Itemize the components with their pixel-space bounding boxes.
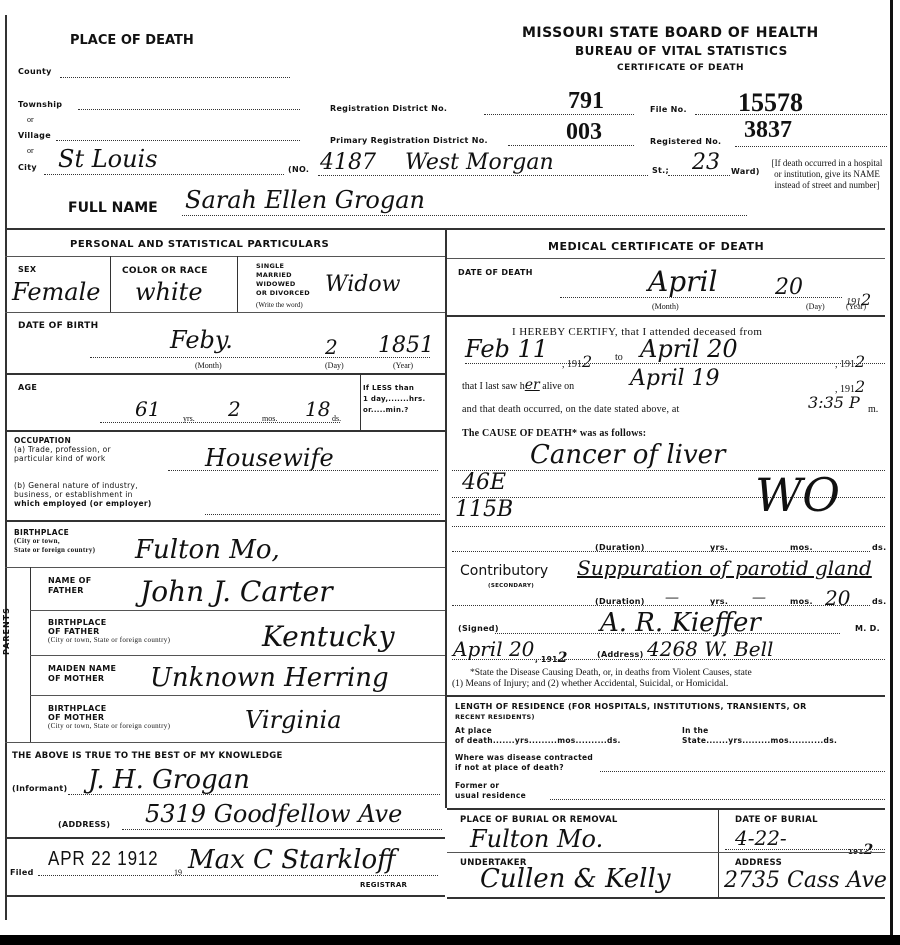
race-label: COLOR OR RACE	[122, 266, 208, 276]
street-no-label: (NO.	[288, 165, 309, 174]
year-caption: (Year)	[846, 302, 866, 311]
less-than-line3: or.....min.?	[363, 405, 425, 416]
residence-title: LENGTH OF RESIDENCE (FOR HOSPITALS, INST…	[455, 701, 807, 723]
place-of-death-title: PLACE OF DEATH	[70, 33, 194, 48]
divider	[5, 430, 445, 432]
burial-year-suffix: 2	[864, 842, 874, 858]
informant-value: J. H. Grogan	[88, 765, 250, 795]
dod-label: DATE OF DEATH	[458, 268, 533, 277]
divider	[5, 895, 445, 897]
divider	[5, 567, 445, 568]
filed-stamp: APR 22 1912	[48, 848, 158, 871]
in-state-label1: In the	[682, 726, 837, 736]
mother-name-label1: MAIDEN NAME	[48, 664, 116, 674]
contrib-years: —	[665, 590, 679, 606]
race-value: white	[135, 278, 203, 306]
less-than-note: If LESS than 1 day,.......hrs. or.....mi…	[363, 383, 425, 416]
at-place-label1: At place	[455, 726, 621, 736]
father-bp-sub: (City or town, State or foreign country)	[48, 636, 170, 645]
birthplace-sub1: (City or town,	[14, 537, 95, 546]
occ-a-line1: (a) Trade, profession, or	[14, 445, 111, 454]
divider	[447, 258, 885, 259]
divider	[5, 742, 445, 743]
father-name-value: John J. Carter	[140, 575, 333, 608]
burial-place-label: PLACE OF BURIAL OR REMOVAL	[460, 815, 618, 825]
footnote-line1: *State the Disease Causing Death, or, in…	[452, 668, 890, 679]
medical-section-title: MEDICAL CERTIFICATE OF DEATH	[548, 240, 764, 253]
age-line	[100, 422, 340, 423]
divider	[5, 373, 445, 375]
primary-reg-label: Primary Registration District No.	[330, 136, 488, 145]
divider	[30, 610, 445, 611]
ds-label: ds.	[872, 597, 886, 606]
from-year: , 1912	[562, 352, 592, 371]
physician-address: 4268 W. Bell	[647, 637, 773, 661]
informant-line	[68, 794, 440, 795]
mother-bp-label1: BIRTHPLACE	[48, 704, 170, 713]
registered-no-label: Registered No.	[650, 137, 721, 146]
secondary-label: (SECONDARY)	[488, 583, 534, 589]
divider	[360, 375, 361, 430]
dob-year: 1851	[378, 333, 434, 358]
father-name-label2: FATHER	[48, 586, 91, 596]
divider	[5, 520, 445, 522]
age-days: 18	[305, 397, 330, 421]
to-year-suffix: 2	[855, 352, 865, 371]
street-number: 4187	[320, 150, 376, 175]
footnote-line2: (1) Means of Injury; and (2) whether Acc…	[452, 679, 890, 690]
sig-address-line	[452, 659, 885, 660]
last-saw-text: that I last saw her alive on	[462, 377, 574, 393]
primary-reg-value: 003	[566, 119, 602, 146]
birthplace-value: Fulton Mo,	[135, 535, 280, 565]
dod-month: April	[648, 265, 717, 298]
occupation-a-label: OCCUPATION (a) Trade, profession, or par…	[14, 436, 111, 463]
divider	[237, 256, 238, 312]
address-label: (ADDRESS)	[58, 820, 110, 829]
father-name-label: NAME OF FATHER	[48, 576, 91, 596]
birthplace-label: BIRTHPLACE (City or town, State or forei…	[14, 528, 95, 555]
filed-label: Filed	[10, 868, 34, 877]
former-label1: Former or	[455, 781, 526, 791]
divider	[5, 837, 445, 839]
township-label: Township	[18, 100, 62, 109]
former-residence-line	[550, 799, 885, 800]
from-year-prefix: , 191	[562, 359, 582, 370]
full-name-line	[182, 215, 747, 216]
city-value: St Louis	[58, 145, 158, 173]
sex-value: Female	[12, 278, 101, 306]
registered-no-value: 3837	[744, 117, 792, 144]
mother-name-value: Unknown Herring	[150, 663, 389, 693]
occ-b-line1: (b) General nature of industry,	[14, 481, 152, 490]
dob-line	[90, 357, 430, 358]
or-text: or	[27, 146, 34, 155]
mother-bp-sub: (City or town, State or foreign country)	[48, 722, 170, 731]
reg-district-label: Registration District No.	[330, 104, 447, 113]
signed-label: (Signed)	[458, 624, 499, 633]
or-text: or	[27, 115, 34, 124]
occupation-value: Housewife	[205, 444, 334, 472]
divider	[447, 897, 885, 899]
father-bp-label1: BIRTHPLACE	[48, 618, 170, 627]
contrib-months: —	[752, 590, 766, 606]
divider	[5, 312, 445, 313]
marital-single: SINGLE	[256, 262, 310, 271]
divider	[447, 315, 885, 317]
in-state-field: In the State.......yrs.........mos......…	[682, 726, 837, 746]
undertaker-address-value: 2735 Cass Ave	[724, 868, 887, 893]
marital-note: (Write the word)	[256, 301, 303, 309]
father-bp-label: BIRTHPLACE OF FATHER (City or town, Stat…	[48, 618, 170, 645]
bottom-scan-edge	[0, 935, 900, 945]
bureau-title: BUREAU OF VITAL STATISTICS	[575, 44, 788, 58]
less-than-line2: 1 day,.......hrs.	[363, 394, 425, 405]
hospital-note: [If death occurred in a hospital or inst…	[768, 158, 886, 191]
ward-value: 23	[692, 150, 720, 175]
contracted-label2: if not at place of death?	[455, 763, 593, 773]
contrib-days: 20	[825, 586, 850, 610]
undertaker-address-label: ADDRESS	[735, 858, 782, 868]
cause-of-death-value: Cancer of liver	[530, 440, 725, 470]
reg-district-line	[484, 114, 634, 115]
father-name-label1: NAME OF	[48, 576, 91, 586]
occupation-label: OCCUPATION	[14, 436, 111, 445]
contrib-duration-line	[452, 605, 870, 606]
sig-address-label: (Address)	[597, 650, 644, 659]
burial-date-value: 4-22-	[735, 826, 787, 850]
at-place-label2: of death.......yrs.........mos..........…	[455, 736, 621, 746]
cause-code-1: 46E	[462, 470, 506, 495]
parents-label: PARENTS	[2, 607, 11, 655]
year-caption: (Year)	[393, 361, 413, 370]
street-label: St.;	[652, 166, 669, 175]
from-year-suffix: 2	[582, 352, 592, 371]
org-title: MISSOURI STATE BOARD OF HEALTH	[522, 25, 819, 41]
less-than-line1: If LESS than	[363, 383, 425, 394]
marital-labels: SINGLE MARRIED WIDOWED OR DIVORCED	[256, 262, 310, 298]
marital-divorced: OR DIVORCED	[256, 289, 310, 298]
county-field	[60, 77, 290, 78]
footnote: *State the Disease Causing Death, or, in…	[452, 668, 890, 690]
cause-label: The CAUSE OF DEATH* was as follows:	[462, 428, 646, 439]
time-of-death: 3:35 P	[808, 393, 860, 412]
dob-month: Feby.	[170, 326, 233, 354]
father-birthplace-value: Kentucky	[262, 620, 395, 653]
occurred-text: and that death occurred, on the date sta…	[462, 404, 679, 415]
certificate-title: CERTIFICATE OF DEATH	[617, 63, 744, 73]
city-field-line	[44, 174, 284, 175]
city-label: City	[18, 163, 37, 172]
dod-line	[560, 297, 842, 298]
full-name-label: FULL NAME	[68, 200, 158, 216]
true-statement: THE ABOVE IS TRUE TO THE BEST OF MY KNOW…	[12, 751, 283, 761]
in-state-label2: State.......yrs.........mos...........ds…	[682, 736, 837, 746]
signed-year-suffix: 2	[558, 650, 568, 666]
mother-bp-label2: OF MOTHER	[48, 713, 170, 722]
divider	[30, 695, 445, 696]
undertaker-value: Cullen & Kelly	[480, 864, 671, 894]
contracted-line	[600, 771, 885, 772]
to-year: , 1912	[835, 352, 865, 371]
day-caption: (Day)	[325, 361, 344, 370]
burial-date-label: DATE OF BURIAL	[735, 815, 818, 825]
sex-label: SEX	[18, 265, 36, 274]
month-caption: (Month)	[195, 361, 222, 370]
file-no-label: File No.	[650, 105, 687, 114]
divider	[30, 655, 445, 656]
age-label: AGE	[18, 383, 37, 392]
informant-label: (Informant)	[12, 784, 67, 793]
file-no-value: 15578	[738, 88, 803, 118]
last-saw-prefix: that I last saw h	[462, 381, 525, 392]
filed-line	[38, 875, 438, 876]
dob-day: 2	[325, 335, 338, 359]
divider	[718, 808, 719, 898]
day-caption: (Day)	[806, 302, 825, 311]
cause-line-3	[452, 526, 885, 527]
address-line	[122, 829, 442, 830]
attended-to: April 20	[640, 335, 738, 363]
residence-title-line2: RECENT RESIDENTS)	[455, 712, 807, 723]
street-field-line	[318, 175, 648, 176]
birthplace-title: BIRTHPLACE	[14, 528, 95, 537]
employer-line	[205, 514, 440, 515]
divider	[447, 808, 885, 810]
m-label: m.	[868, 404, 878, 415]
contracted-label1: Where was disease contracted	[455, 753, 593, 763]
to-year-prefix: , 191	[835, 359, 855, 370]
month-caption: (Month)	[652, 302, 679, 311]
township-field	[78, 109, 300, 110]
md-label: M. D.	[855, 624, 880, 633]
dob-label: DATE OF BIRTH	[18, 321, 98, 331]
father-bp-label2: OF FATHER	[48, 627, 170, 636]
former-label2: usual residence	[455, 791, 526, 801]
burial-date-line	[725, 849, 885, 850]
attended-from: Feb 11	[465, 335, 548, 363]
ds-label: ds.	[872, 543, 886, 552]
to-label: to	[615, 352, 623, 363]
county-label: County	[18, 67, 52, 76]
signed-date: April 20	[453, 637, 534, 661]
marital-married: MARRIED	[256, 271, 310, 280]
last-saw-date: April 19	[630, 366, 720, 391]
contributory-value: Suppuration of parotid gland	[577, 556, 872, 580]
street-name: West Morgan	[405, 150, 554, 175]
last-saw-pronoun: er	[525, 377, 540, 393]
full-name-value: Sarah Ellen Grogan	[185, 186, 425, 214]
marital-widowed: WIDOWED	[256, 280, 310, 289]
ward-label: Ward)	[731, 167, 760, 176]
birthplace-sub2: State or foreign country)	[14, 546, 95, 555]
former-residence-field: Former or usual residence	[455, 781, 526, 801]
village-label: Village	[18, 131, 51, 140]
informant-address-value: 5319 Goodfellow Ave	[145, 800, 402, 828]
burial-year: 1912	[848, 842, 874, 858]
reviewer-initials: WO	[755, 468, 840, 522]
signed-year: , 1912	[535, 650, 568, 666]
occ-a-line2: particular kind of work	[14, 454, 111, 463]
village-field	[56, 140, 300, 141]
duration-line	[452, 551, 870, 552]
mother-birthplace-value: Virginia	[245, 706, 342, 734]
marital-value: Widow	[325, 272, 400, 297]
left-border	[5, 15, 7, 920]
occupation-b-label: (b) General nature of industry, business…	[14, 481, 152, 508]
occ-b-line3: which employed (or employer)	[14, 499, 152, 508]
occ-b-line2: business, or establishment in	[14, 490, 152, 499]
age-months: 2	[228, 397, 241, 421]
burial-place-value: Fulton Mo.	[470, 825, 603, 853]
right-border	[890, 0, 900, 945]
alive-on-text: alive on	[542, 381, 574, 392]
registered-no-line	[735, 146, 887, 147]
attended-line	[465, 363, 885, 364]
contributory-label: Contributory	[460, 563, 548, 579]
divider	[110, 256, 111, 312]
divider	[447, 695, 885, 697]
registrar-label: REGISTRAR	[360, 881, 407, 889]
ward-field-line	[668, 175, 730, 176]
contracted-field: Where was disease contracted if not at p…	[455, 753, 593, 773]
signed-line	[495, 633, 840, 634]
mother-name-label2: OF MOTHER	[48, 674, 116, 684]
at-place-field: At place of death.......yrs.........mos.…	[455, 726, 621, 746]
divider	[447, 852, 885, 853]
residence-title-line1: LENGTH OF RESIDENCE (FOR HOSPITALS, INST…	[455, 701, 807, 712]
divider	[5, 256, 445, 257]
mother-name-label: MAIDEN NAME OF MOTHER	[48, 664, 116, 684]
occupation-line	[168, 470, 438, 471]
personal-section-title: PERSONAL AND STATISTICAL PARTICULARS	[70, 239, 329, 250]
registrar-signature: Max C Starkloff	[188, 845, 396, 875]
age-years: 61	[135, 397, 160, 421]
cause-code-2: 115B	[455, 497, 513, 522]
reg-district-value: 791	[568, 88, 604, 115]
mother-bp-label: BIRTHPLACE OF MOTHER (City or town, Stat…	[48, 704, 170, 731]
